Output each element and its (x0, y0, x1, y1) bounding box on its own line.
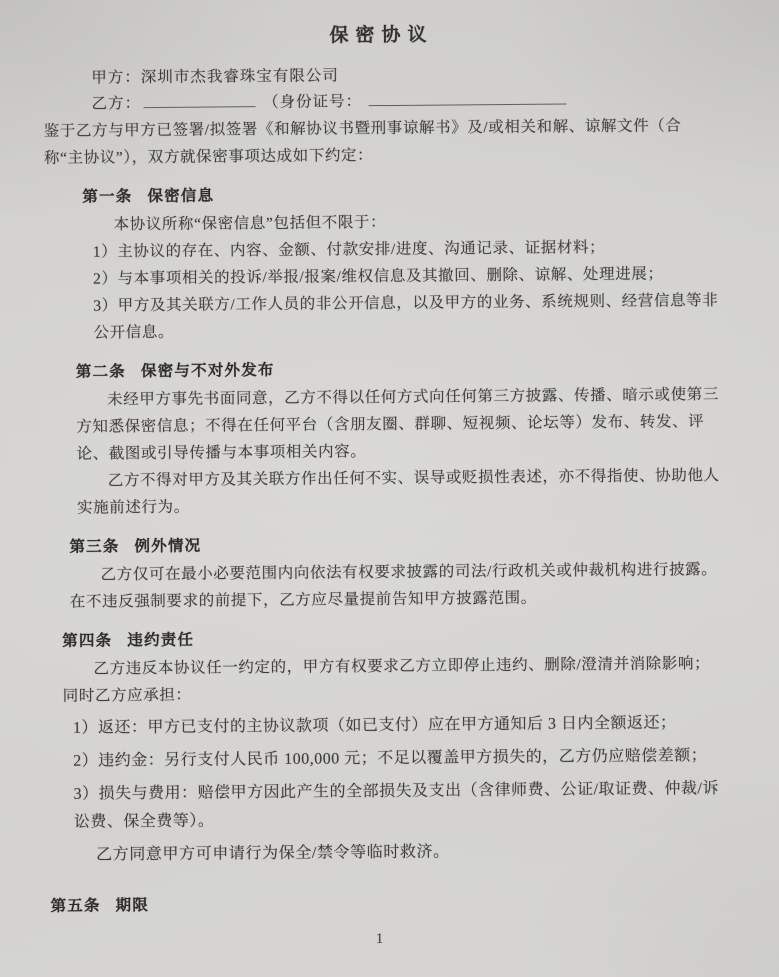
party-b-name-blank (143, 93, 255, 108)
party-a-name: 深圳市杰我睿珠宝有限公司 (141, 67, 339, 86)
section-5-heading: 第五条期限 (50, 888, 727, 916)
section-4-lead-paragraph: 乙方违反本协议任一约定的，甲方有权要求乙方立即停止违约、删除/澄清并消除影响；同… (62, 650, 725, 710)
section-1-heading: 第一条保密信息 (82, 179, 721, 207)
page-number: 1 (0, 931, 769, 948)
section-title: 保密信息 (147, 188, 214, 206)
section-4-closing-paragraph: 乙方同意甲方可申请行为保全/禁令等临时救济。 (64, 836, 727, 870)
section-title: 违约责任 (127, 632, 194, 650)
section-5-term: 第五条期限 (50, 888, 727, 916)
party-a-label: 甲方： (91, 69, 141, 86)
preamble-paragraph: 鉴于乙方与甲方已签署/拟签署《和解协议书暨刑事谅解书》及/或相关和解、谅解文件（… (44, 112, 721, 172)
section-title: 期限 (116, 897, 150, 914)
section-2-paragraph-2: 乙方不得对甲方及其关联方作出任何不实、误导或贬损性表述，亦不得指使、协助他人实施… (77, 462, 724, 522)
party-b-label: 乙方： (91, 95, 141, 112)
document-title: 保密协议 (43, 17, 720, 50)
document-sheet: 保密协议 甲方：深圳市杰我睿珠宝有限公司 乙方：（身份证号： 鉴于乙方与甲方已签… (0, 0, 779, 921)
section-2-non-disclosure: 第二条保密与不对外发布 未经甲方事先书面同意，乙方不得以任何方式向任何第三方披露… (76, 354, 724, 522)
section-number: 第三条 (69, 538, 119, 555)
section-1-confidential-information: 第一条保密信息 本协议所称“保密信息”包括但不限于： 1）主协议的存在、内容、金… (82, 179, 722, 347)
section-1-item-3: 3）甲方及其关联方/工作人员的非公开信息，以及甲方的业务、系统规则、经营信息等非… (93, 287, 722, 346)
parties-block: 甲方：深圳市杰我睿珠宝有限公司 乙方：（身份证号： (91, 60, 720, 117)
party-b-id-label: （身份证号： (263, 93, 362, 111)
section-number: 第一条 (82, 188, 132, 205)
section-2-heading: 第二条保密与不对外发布 (76, 354, 723, 382)
section-3-heading: 第三条例外情况 (69, 529, 724, 557)
section-2-paragraph-1: 未经甲方事先书面同意，乙方不得以任何方式向任何第三方披露、传播、暗示或使第三方知… (76, 381, 724, 468)
section-4-item-3: 3）损失与费用：赔偿甲方因此产生的全部损失及支出（含律师费、公证/取证费、仲裁/… (73, 775, 726, 837)
section-4-item-2: 2）违约金：另行支付人民币 100,000 元；不足以覆盖甲方损失的，乙方仍应赔… (73, 742, 726, 776)
section-3-paragraph-1: 乙方仅可在最小必要范围内向依法有权要求披露的司法/行政机关或仲裁机构进行披露。在… (70, 556, 725, 616)
section-number: 第四条 (62, 632, 112, 649)
section-title: 保密与不对外发布 (141, 362, 275, 380)
section-3-exceptions: 第三条例外情况 乙方仅可在最小必要范围内向依法有权要求披露的司法/行政机关或仲裁… (69, 529, 725, 616)
section-4-item-1: 1）返还：甲方已支付的主协议款项（如已支付）应在甲方通知后 3 日内全额返还； (73, 709, 726, 743)
section-number: 第五条 (50, 898, 100, 915)
section-4-breach-liability: 第四条违约责任 乙方违反本协议任一约定的，甲方有权要求乙方立即停止违约、删除/澄… (62, 623, 727, 870)
section-4-heading: 第四条违约责任 (62, 623, 725, 651)
party-b-id-blank (368, 90, 566, 106)
scanned-document-page: 保密协议 甲方：深圳市杰我睿珠宝有限公司 乙方：（身份证号： 鉴于乙方与甲方已签… (0, 0, 779, 977)
section-number: 第二条 (76, 363, 126, 380)
section-title: 例外情况 (134, 538, 201, 556)
